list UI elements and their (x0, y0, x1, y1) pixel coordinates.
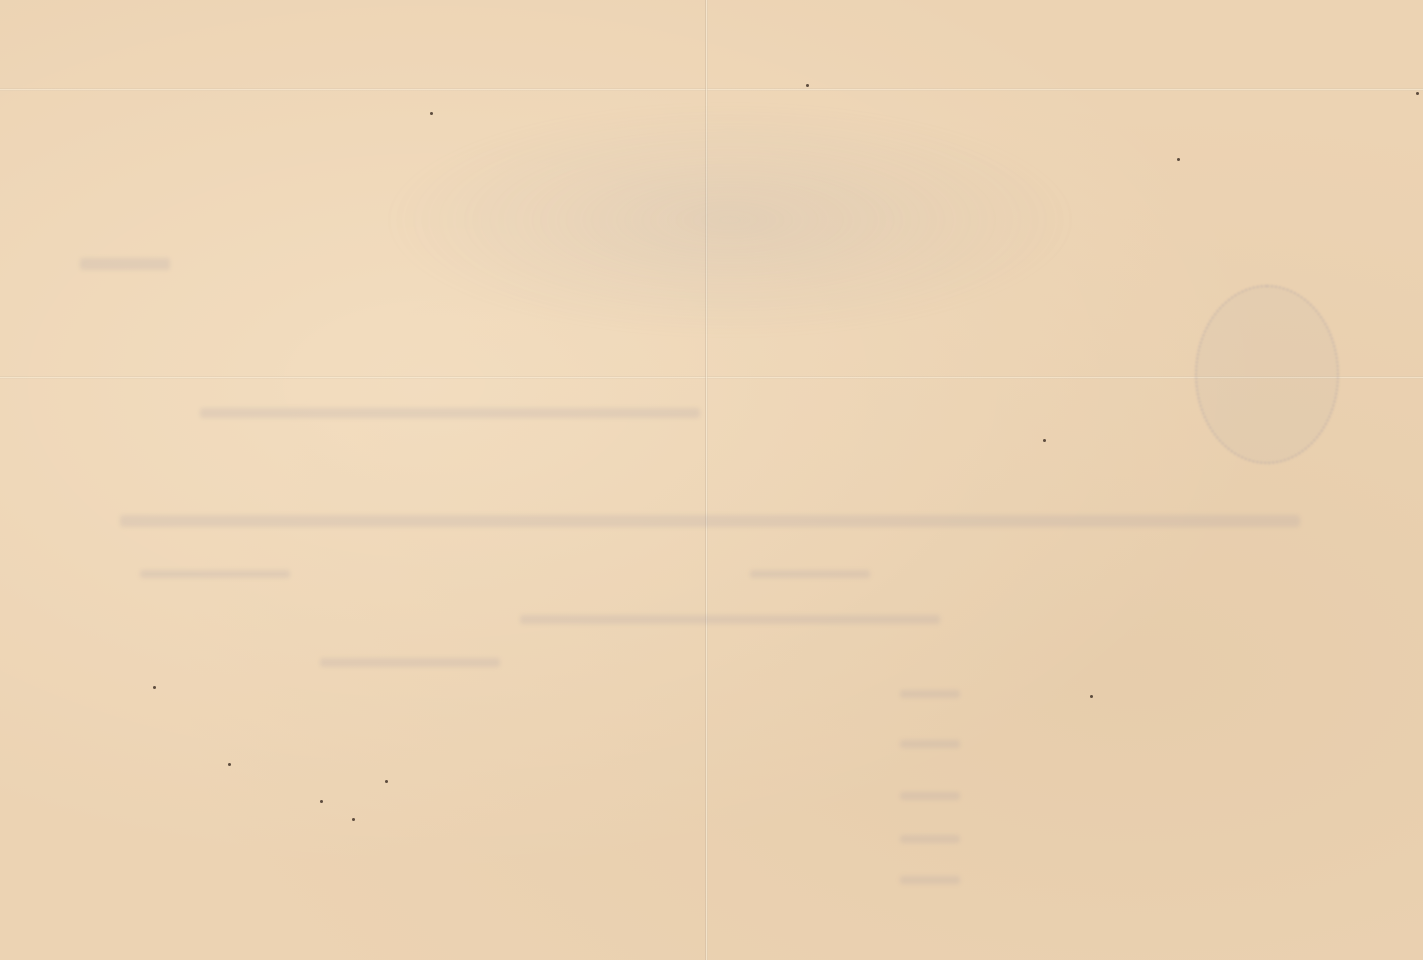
paper-speck (1177, 158, 1180, 161)
paper-speck (385, 780, 388, 783)
fold-line-top (0, 88, 1423, 91)
show-through-text (520, 615, 940, 624)
paper-speck (228, 763, 231, 766)
show-through-text (900, 835, 960, 843)
paper-sheet (0, 0, 1423, 960)
show-through-text (750, 570, 870, 578)
show-through-text (320, 658, 500, 667)
paper-speck (352, 818, 355, 821)
show-through-text (120, 515, 1300, 527)
paper-speck (1090, 695, 1093, 698)
show-through-text (900, 792, 960, 800)
paper-speck (320, 800, 323, 803)
paper-speck (1416, 92, 1419, 95)
show-through-text (900, 876, 960, 884)
show-through-stamp (1195, 285, 1339, 464)
show-through-text (900, 740, 960, 748)
show-through-text (80, 258, 170, 270)
paper-speck (153, 686, 156, 689)
show-through-text (900, 690, 960, 698)
paper-speck (1043, 439, 1046, 442)
paper-speck (806, 84, 809, 87)
show-through-text (200, 408, 700, 418)
show-through-letterhead (380, 100, 1080, 340)
paper-speck (430, 112, 433, 115)
show-through-text (140, 570, 290, 578)
